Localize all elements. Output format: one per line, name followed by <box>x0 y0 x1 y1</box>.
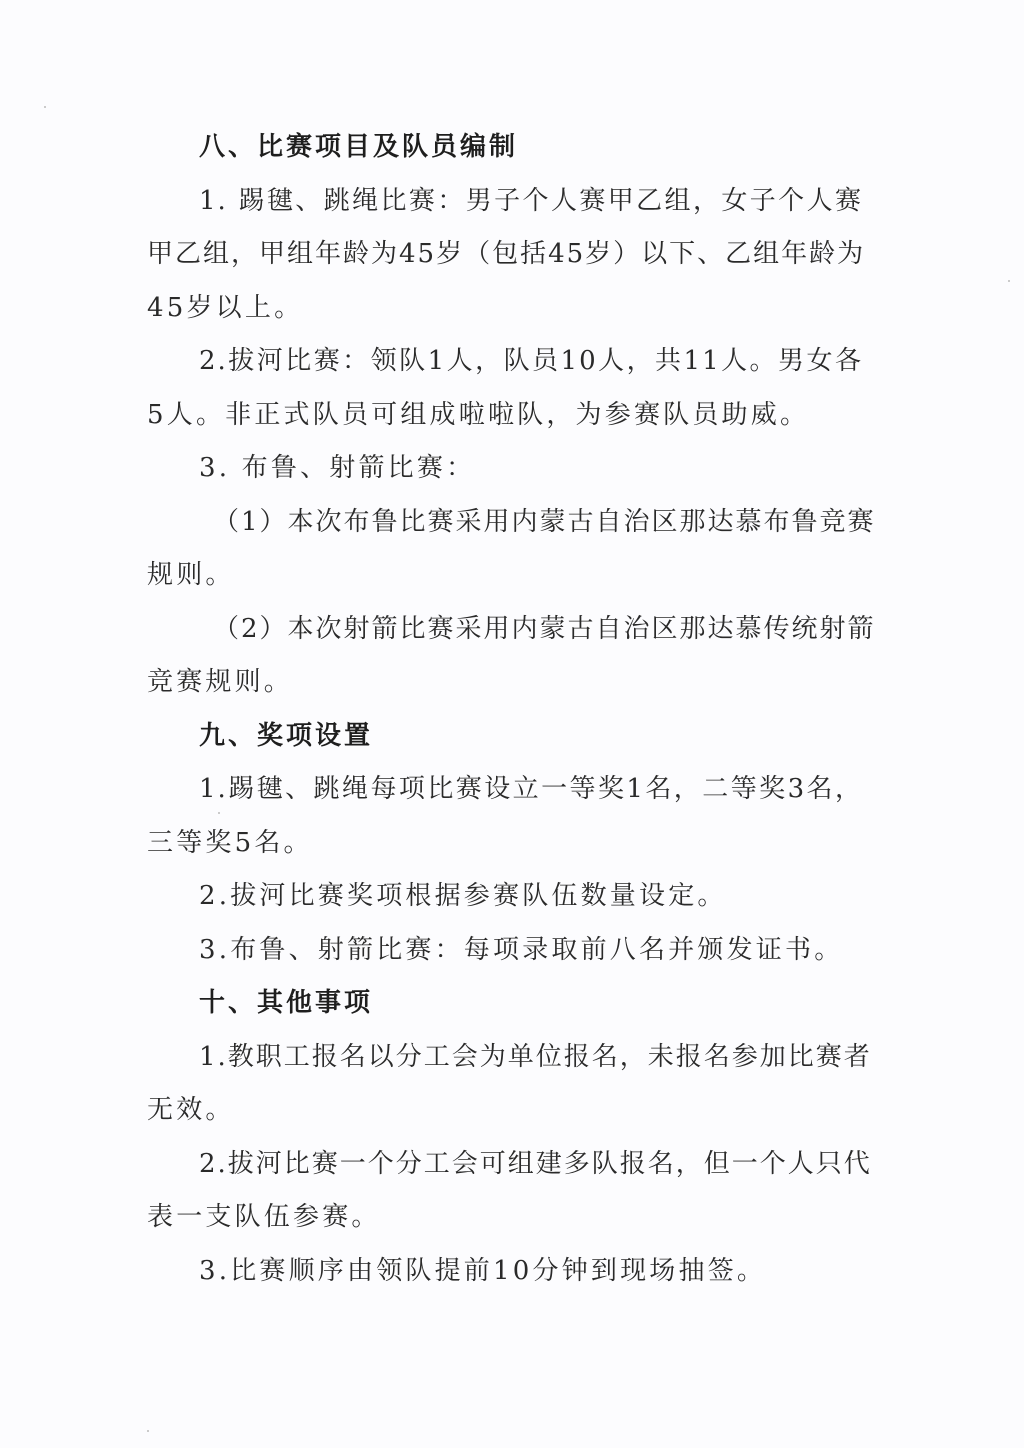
paragraph-line: 甲乙组，甲组年龄为45岁（包括45岁）以下、乙组年龄为 <box>147 234 863 288</box>
scan-speck <box>44 106 46 108</box>
section-heading: 九、奖项设置 <box>147 716 863 770</box>
section-other-matters: 十、其他事项 1.教职工报名以分工会为单位报名，未报名参加比赛者 无效。 2.拔… <box>147 983 863 1304</box>
paragraph-line: 3. 布鲁、射箭比赛： <box>147 448 863 502</box>
paragraph-line: 三等奖5名。 <box>147 823 863 877</box>
paragraph-line: 竞赛规则。 <box>147 662 863 716</box>
paragraph-awards-individual: 1.踢毽、跳绳每项比赛设立一等奖1名，二等奖3名， 三等奖5名。 <box>147 769 863 876</box>
paragraph-line: 1.踢毽、跳绳每项比赛设立一等奖1名，二等奖3名， <box>147 769 863 823</box>
paragraph-line: 3.布鲁、射箭比赛：每项录取前八名并颁发证书。 <box>147 930 863 984</box>
scan-speck <box>1008 280 1010 282</box>
paragraph-line: 2.拔河比赛：领队1人，队员10人，共11人。男女各 <box>147 341 863 395</box>
paragraph-line: 无效。 <box>147 1090 863 1144</box>
scan-speck <box>147 1430 149 1432</box>
paragraph-awards-tug-of-war: 2.拔河比赛奖项根据参赛队伍数量设定。 <box>147 876 863 930</box>
paragraph-line: （2）本次射箭比赛采用内蒙古自治区那达慕传统射箭 <box>147 609 863 663</box>
section-awards: 九、奖项设置 1.踢毽、跳绳每项比赛设立一等奖1名，二等奖3名， 三等奖5名。 … <box>147 716 863 984</box>
section-heading: 十、其他事项 <box>147 983 863 1037</box>
paragraph-line: （1）本次布鲁比赛采用内蒙古自治区那达慕布鲁竞赛 <box>147 502 863 556</box>
paragraph-line: 2.拔河比赛奖项根据参赛队伍数量设定。 <box>147 876 863 930</box>
paragraph-draw-order: 3.比赛顺序由领队提前10分钟到现场抽签。 <box>147 1251 863 1305</box>
paragraph-line: 2.拔河比赛一个分工会可组建多队报名，但一个人只代 <box>147 1144 863 1198</box>
paragraph-line: 1.教职工报名以分工会为单位报名，未报名参加比赛者 <box>147 1037 863 1091</box>
paragraph-bulu-rules: （1）本次布鲁比赛采用内蒙古自治区那达慕布鲁竞赛 规则。 <box>147 502 863 609</box>
document-body: 八、比赛项目及队员编制 1. 踢毽、跳绳比赛：男子个人赛甲乙组，女子个人赛 甲乙… <box>147 127 863 1304</box>
paragraph-line: 3.比赛顺序由领队提前10分钟到现场抽签。 <box>147 1251 863 1305</box>
paragraph-archery-rules: （2）本次射箭比赛采用内蒙古自治区那达慕传统射箭 竞赛规则。 <box>147 609 863 716</box>
paragraph-line: 5人。非正式队员可组成啦啦队，为参赛队员助威。 <box>147 395 863 449</box>
paragraph-kick-shuttlecock-jump-rope: 1. 踢毽、跳绳比赛：男子个人赛甲乙组，女子个人赛 甲乙组，甲组年龄为45岁（包… <box>147 181 863 342</box>
section-heading: 八、比赛项目及队员编制 <box>147 127 863 181</box>
paragraph-line: 1. 踢毽、跳绳比赛：男子个人赛甲乙组，女子个人赛 <box>147 181 863 235</box>
paragraph-awards-bulu-archery: 3.布鲁、射箭比赛：每项录取前八名并颁发证书。 <box>147 930 863 984</box>
paragraph-registration: 1.教职工报名以分工会为单位报名，未报名参加比赛者 无效。 <box>147 1037 863 1144</box>
scanned-page: 八、比赛项目及队员编制 1. 踢毽、跳绳比赛：男子个人赛甲乙组，女子个人赛 甲乙… <box>0 0 1024 1448</box>
paragraph-line: 45岁以上。 <box>147 288 863 342</box>
scan-speck <box>218 812 220 814</box>
paragraph-line: 规则。 <box>147 555 863 609</box>
paragraph-tug-of-war: 2.拔河比赛：领队1人，队员10人，共11人。男女各 5人。非正式队员可组成啦啦… <box>147 341 863 448</box>
paragraph-multi-team: 2.拔河比赛一个分工会可组建多队报名，但一个人只代 表一支队伍参赛。 <box>147 1144 863 1251</box>
paragraph-bulu-archery: 3. 布鲁、射箭比赛： <box>147 448 863 502</box>
paragraph-line: 表一支队伍参赛。 <box>147 1197 863 1251</box>
section-competition-events: 八、比赛项目及队员编制 1. 踢毽、跳绳比赛：男子个人赛甲乙组，女子个人赛 甲乙… <box>147 127 863 716</box>
